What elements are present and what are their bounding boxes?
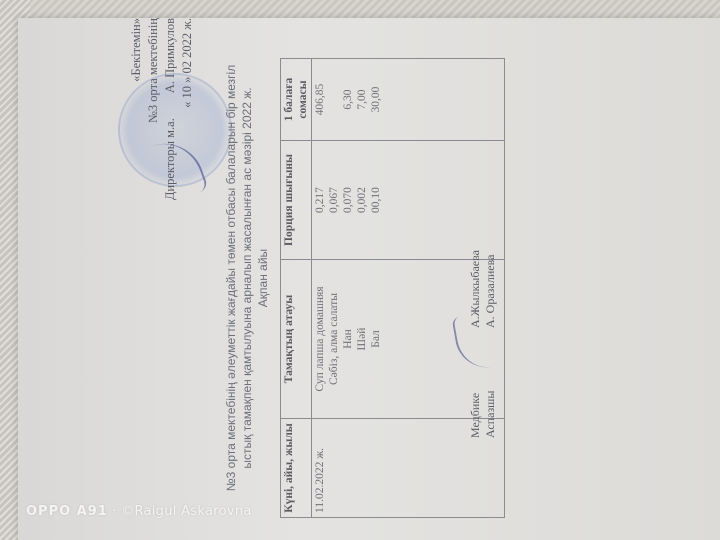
camera-watermark: OPPO A91 · ©Raigul Askarovna xyxy=(26,504,252,519)
sum-value: 7,00 xyxy=(355,63,369,136)
dish-name: Сәбіз, алма салаты xyxy=(327,264,341,414)
header-date: Күні, айы, жылы xyxy=(281,419,312,518)
signer-role: Медбике xyxy=(468,368,483,438)
signer-row: Аспазшы А. Оразалиева xyxy=(483,250,498,438)
portion-value: 0,067 xyxy=(327,145,341,255)
cell-portions: 0,217 0,067 0,070 0,002 00,10 xyxy=(312,141,505,260)
dish-name: Суп лапша домашняя xyxy=(313,264,327,414)
watermark-separator: · xyxy=(108,504,121,519)
portion-value: 0,217 xyxy=(313,145,327,255)
approval-date: « 10 » 02 2022 ж. xyxy=(179,18,196,248)
table-header-row: Күні, айы, жылы Тамақтың атауы Порция шы… xyxy=(281,59,312,518)
sum-value xyxy=(327,63,341,136)
sum-value: 30,00 xyxy=(369,63,383,136)
signer-role: Аспазшы xyxy=(483,368,498,438)
sum-value: 6,30 xyxy=(341,63,355,136)
signer-name: А. Оразалиева xyxy=(483,255,498,328)
portion-value: 0,002 xyxy=(355,145,369,255)
sum-value: 406,85 xyxy=(313,63,327,136)
rotated-document: «Бекітемін» №3 орта мектебінің Директоры… xyxy=(58,18,718,538)
header-dish: Тамақтың атауы xyxy=(281,260,312,419)
dish-name: Нан xyxy=(341,264,355,414)
signers-block: Медбике А.Жылкыбаева Аспазшы А. Оразалие… xyxy=(468,250,498,438)
header-portion: Порция шығыны xyxy=(281,141,312,260)
approval-label: «Бекітемін» xyxy=(128,18,145,248)
signer-row: Медбике А.Жылкыбаева xyxy=(468,250,483,438)
approval-school: №3 орта мектебінің xyxy=(145,18,162,248)
document-page: «Бекітемін» №3 орта мектебінің Директоры… xyxy=(18,18,720,540)
approval-director-title: Директоры м.а. xyxy=(163,118,177,200)
document-title: №3 орта мектебінің әлеуметтік жағдайы тө… xyxy=(223,18,271,538)
dish-name: Бал xyxy=(369,264,383,414)
approval-block: «Бекітемін» №3 орта мектебінің Директоры… xyxy=(128,18,196,248)
watermark-device: OPPO A91 xyxy=(26,504,108,519)
title-line-1: №3 орта мектебінің әлеуметтік жағдайы тө… xyxy=(223,18,239,538)
watermark-credit: ©Raigul Askarovna xyxy=(121,504,252,519)
cell-sums: 406,85 6,30 7,00 30,00 xyxy=(312,59,505,141)
signer-name: А.Жылкыбаева xyxy=(468,250,483,328)
portion-value: 0,070 xyxy=(341,145,355,255)
title-line-2: ыстық тамақпен қамтылуына арналып жасалы… xyxy=(239,18,255,538)
dish-name: Шәй xyxy=(355,264,369,414)
title-line-3: Ақпан айы xyxy=(255,18,271,538)
header-sum: 1 балаға сомасы xyxy=(281,59,312,141)
portion-value: 00,10 xyxy=(369,145,383,255)
date-value: 11.02.2022 ж. xyxy=(313,423,327,513)
approval-director-row: Директоры м.а. А. Примкулов xyxy=(162,18,179,248)
approval-director-name: А. Примкулов xyxy=(163,18,177,93)
